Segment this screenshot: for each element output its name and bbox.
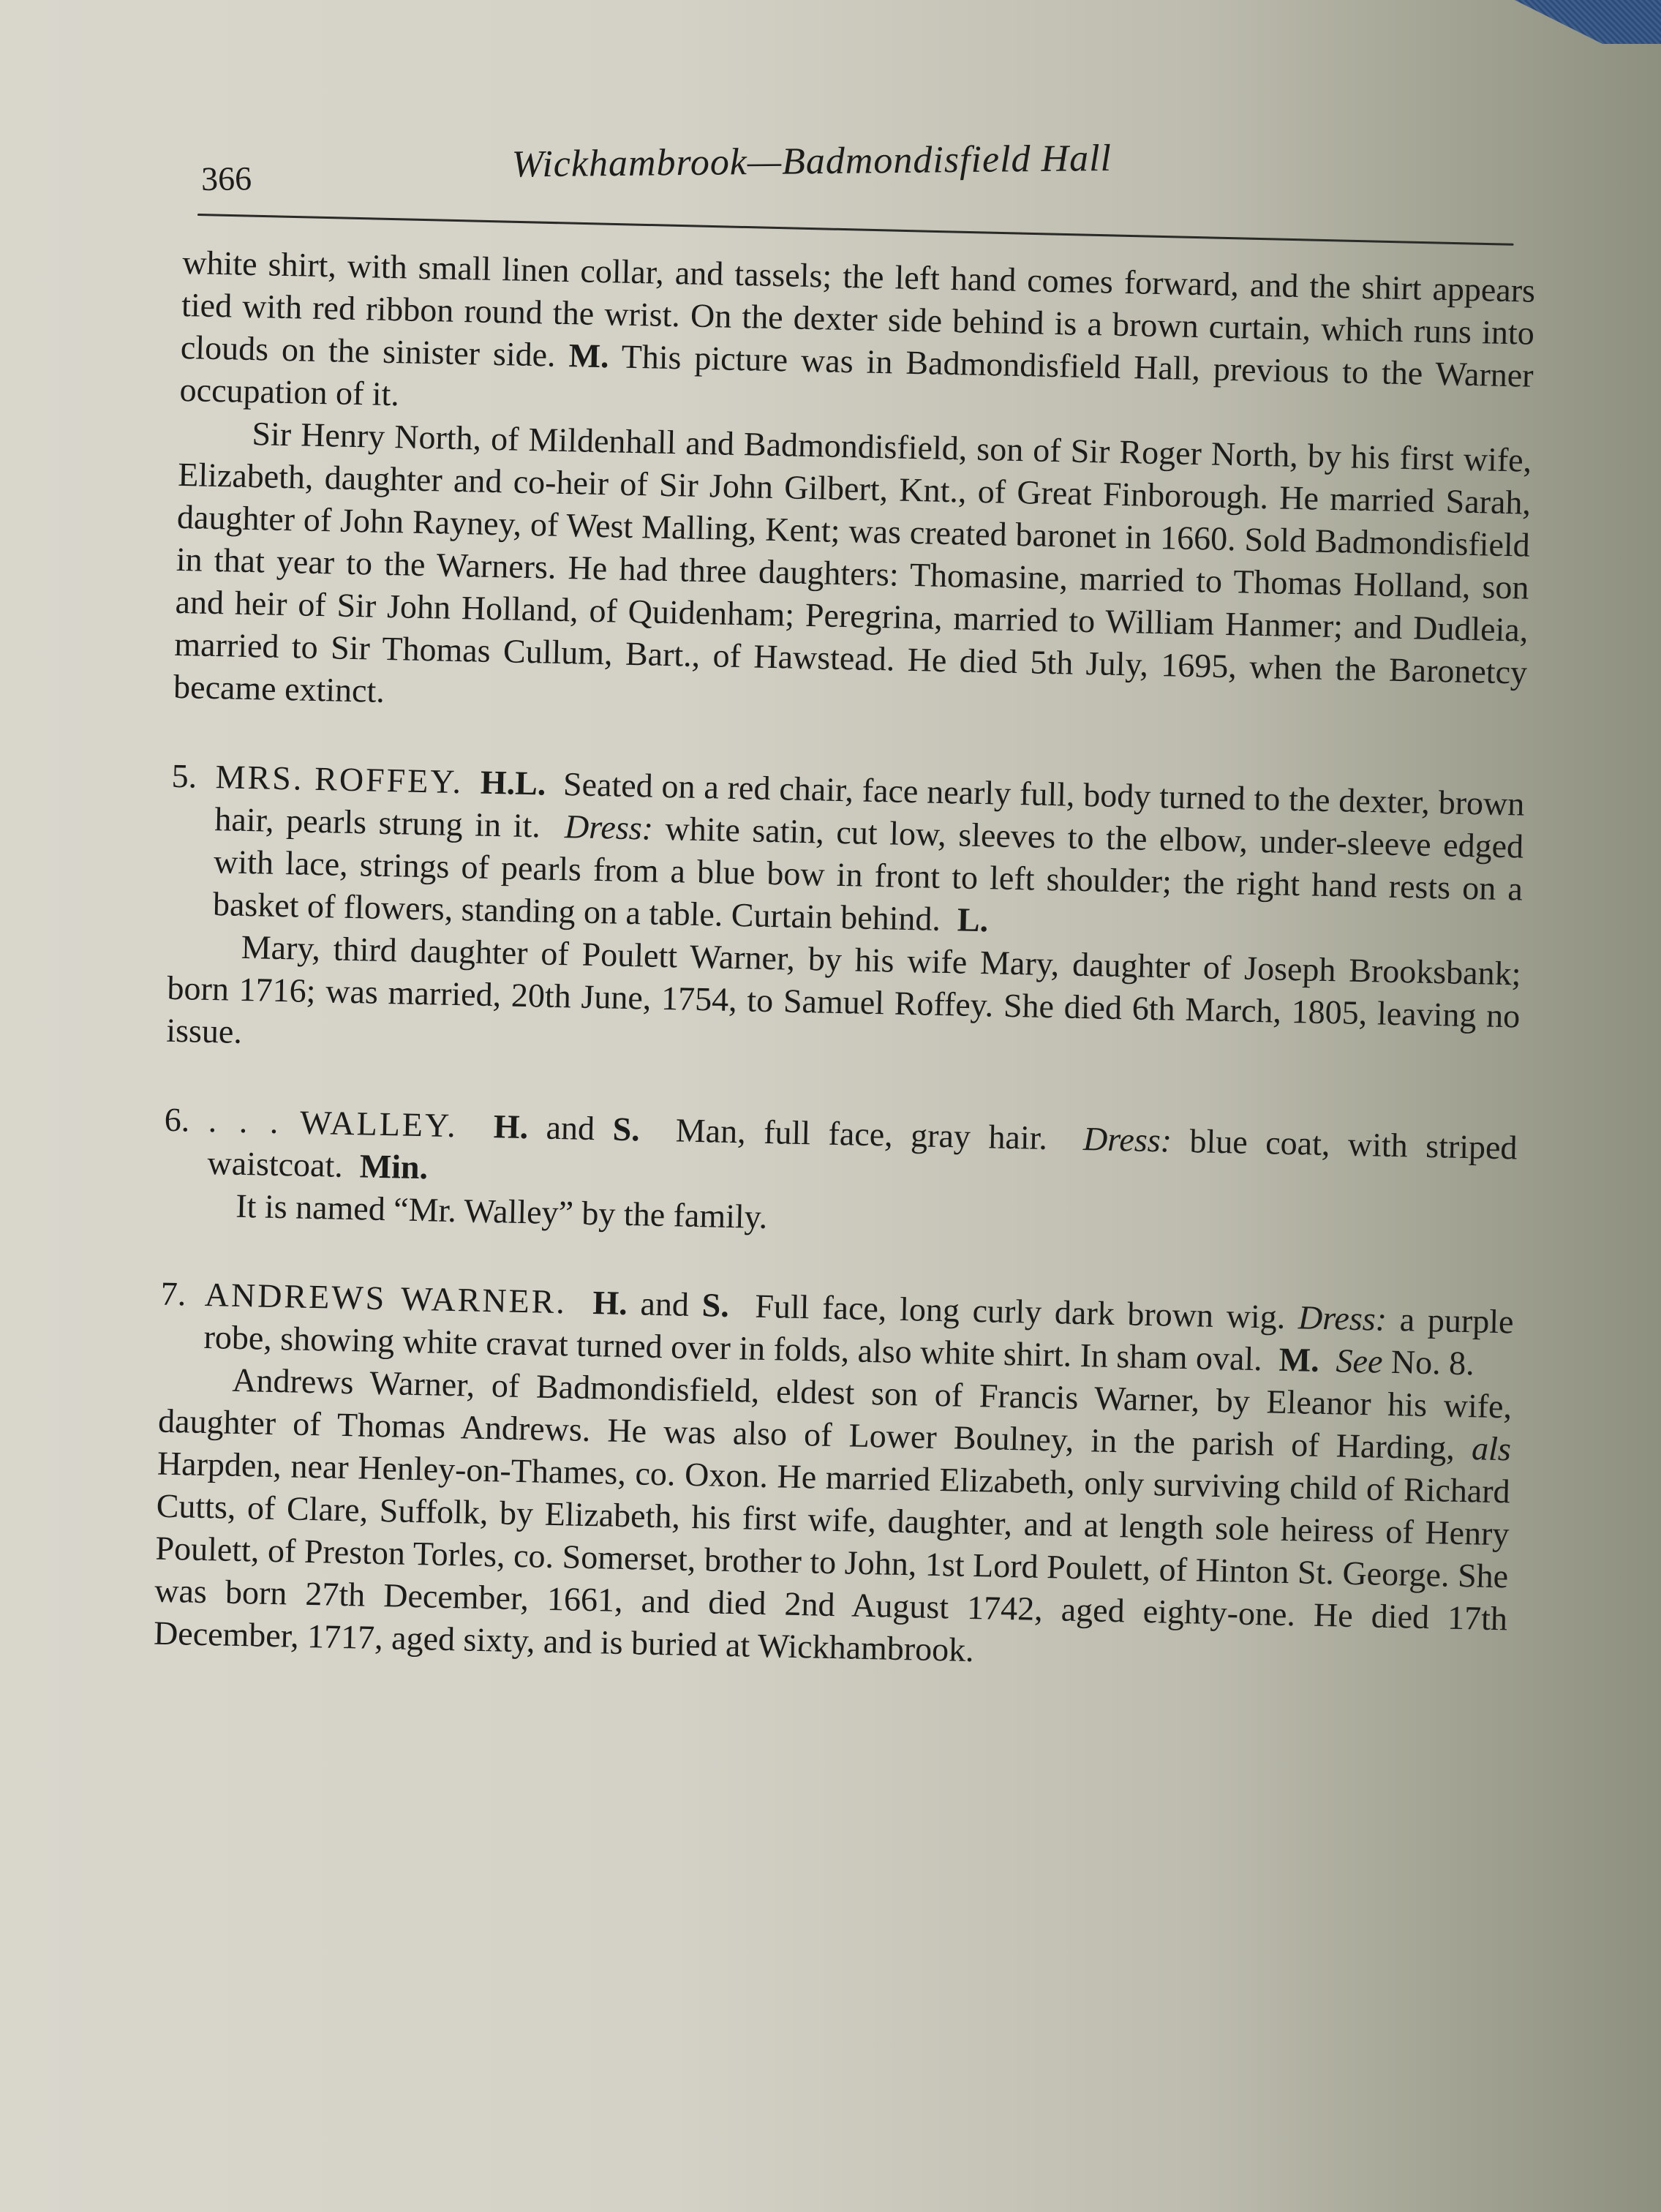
dress-label: Dress: — [1083, 1120, 1172, 1159]
size-code-h: H. — [493, 1107, 528, 1145]
entry-number: 6. — [164, 1099, 208, 1142]
entry-number: 5. — [171, 755, 216, 798]
medium-code: Min. — [359, 1147, 428, 1186]
medium-code: L. — [957, 900, 988, 938]
sitter-name: ANDREWS WARNER. — [204, 1276, 567, 1320]
sitter-name: . . . WALLEY. — [208, 1102, 458, 1144]
size-code-s: S. — [701, 1286, 729, 1324]
entry-biography: Andrews Warner, of Badmondisfield, eldes… — [154, 1358, 1513, 1683]
cross-reference: No. 8. — [1390, 1343, 1474, 1382]
entry-description: white shirt, with small linen collar, an… — [179, 241, 1535, 440]
dress-label: Dress: — [565, 808, 654, 847]
size-code: H.L. — [480, 764, 546, 802]
see-label: See — [1336, 1342, 1383, 1380]
medium-code: M. — [568, 336, 609, 375]
page-number: 366 — [201, 159, 252, 198]
running-head: 366 Wickhambrook—Badmondisfield Hall — [197, 132, 1515, 205]
dress-label: Dress: — [1298, 1298, 1387, 1338]
catalogue-entry-6: 6.. . . WALLEY. H. and S. Man, full face… — [162, 1099, 1518, 1254]
running-title: Wickhambrook—Badmondisfield Hall — [512, 137, 1112, 187]
entry-description: 5.MRS. ROFFEY. H.L. Seated on a red chai… — [168, 755, 1524, 953]
entry-number: 7. — [160, 1273, 205, 1316]
sitter-name: MRS. ROFFEY. — [215, 758, 464, 800]
continued-entry: white shirt, with small linen collar, an… — [173, 241, 1536, 737]
catalogue-entry-7: 7.ANDREWS WARNER. H. and S. Full face, l… — [154, 1273, 1515, 1683]
catalogue-entry-5: 5.MRS. ROFFEY. H.L. Seated on a red chai… — [166, 755, 1525, 1080]
page-body: white shirt, with small linen collar, an… — [152, 241, 1535, 1729]
alias-abbrev: als — [1472, 1429, 1512, 1467]
size-code-h: H. — [592, 1284, 628, 1322]
medium-code: M. — [1278, 1341, 1319, 1379]
book-page: 366 Wickhambrook—Badmondisfield Hall whi… — [0, 0, 1661, 2212]
header-rule — [197, 214, 1514, 246]
size-code-s: S. — [612, 1110, 640, 1148]
entry-biography: Sir Henry North, of Mildenhall and Badmo… — [173, 411, 1532, 737]
